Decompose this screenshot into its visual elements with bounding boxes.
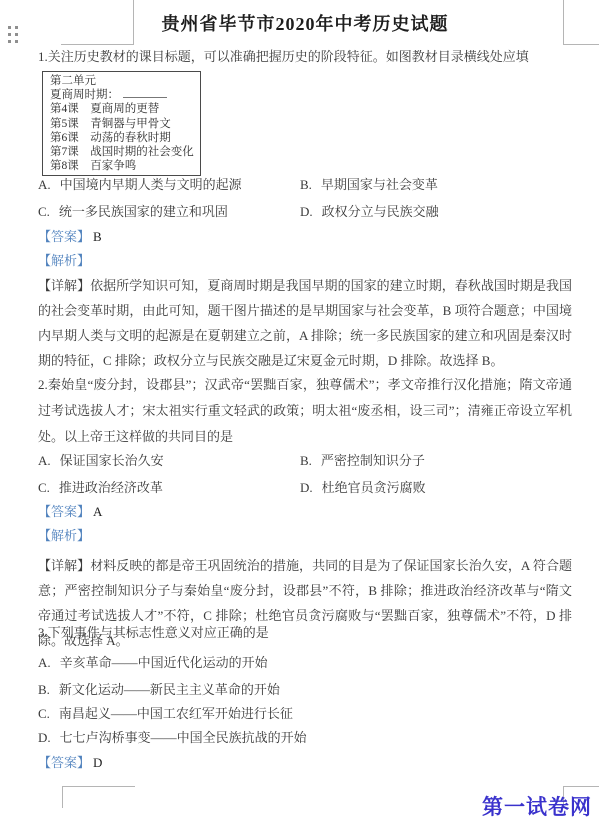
option-text: 推进政治经济改革	[59, 480, 163, 496]
option-b: B.严密控制知识分子	[300, 453, 562, 469]
answer-label: 【答案】	[38, 504, 90, 519]
textbook-toc-figure: 第二单元 夏商周时期： 第4课 夏商周的更替 第5课 青铜器与甲骨文 第6课 动…	[42, 71, 201, 176]
answer-label: 【答案】	[38, 755, 90, 770]
option-text: 保证国家长治久安	[60, 453, 164, 469]
option-text: 杜绝官员贪污腐败	[322, 480, 426, 496]
question-1-stem: 1.关注历史教材的课目标题，可以准确把握历史的阶段特征。如图教材目录横线处应填	[38, 44, 572, 70]
margin-crop-mark-bottom-left	[62, 786, 135, 808]
question-3-answer: 【答案】D	[38, 755, 572, 771]
question-3-option-d: D.七七卢沟桥事变——中国全民族抗战的开始	[38, 730, 572, 746]
option-label: B.	[300, 453, 312, 469]
question-3-stem: 3.下列事件与其标志性意义对应正确的是	[38, 625, 572, 641]
option-label: C.	[38, 204, 50, 220]
toc-period-line: 夏商周时期：	[50, 88, 196, 102]
fill-in-blank-line	[123, 88, 167, 98]
option-text: 南昌起义——中国工农红军开始进行长征	[59, 706, 293, 722]
option-text: 辛亥革命——中国近代化运动的开始	[60, 655, 268, 671]
question-2-options-row-1: A.保证国家长治久安 B.严密控制知识分子	[38, 453, 572, 469]
answer-value: A	[93, 504, 102, 519]
option-label: C.	[38, 480, 50, 496]
question-1-detail: 【详解】依据所学知识可知，夏商周时期是我国早期的国家的建立时期，春秋战国时期是我…	[38, 273, 572, 373]
answer-value: B	[93, 229, 102, 244]
option-text: 七七卢沟桥事变——中国全民族抗战的开始	[60, 730, 307, 746]
option-a: A.保证国家长治久安	[38, 453, 300, 469]
option-label: B.	[300, 177, 312, 193]
option-b: B.早期国家与社会变革	[300, 177, 562, 193]
analysis-label: 【解析】	[38, 253, 90, 268]
toc-lesson: 第5课 青铜器与甲骨文	[50, 117, 196, 131]
question-3-option-c: C.南昌起义——中国工农红军开始进行长征	[38, 706, 572, 722]
question-2-options-row-2: C.推进政治经济改革 D.杜绝官员贪污腐败	[38, 480, 572, 496]
analysis-label: 【解析】	[38, 528, 90, 543]
option-c: C.推进政治经济改革	[38, 480, 300, 496]
option-d: D.政权分立与民族交融	[300, 204, 562, 220]
site-watermark: 第一试卷网	[482, 791, 592, 821]
question-3-option-b: B.新文化运动——新民主主义革命的开始	[38, 682, 572, 698]
toc-lesson: 第4课 夏商周的更替	[50, 102, 196, 116]
question-1-options-row-2: C.统一多民族国家的建立和巩固 D.政权分立与民族交融	[38, 204, 572, 220]
option-label: A.	[38, 177, 51, 193]
answer-label: 【答案】	[38, 229, 90, 244]
question-1-options-row-1: A.中国境内早期人类与文明的起源 B.早期国家与社会变革	[38, 177, 572, 193]
toc-lesson: 第8课 百家争鸣	[50, 159, 196, 173]
question-1-analysis: 【解析】	[38, 253, 572, 269]
page-title: 贵州省毕节市2020年中考历史试题	[38, 12, 572, 36]
option-label: A.	[38, 453, 51, 469]
question-1-answer: 【答案】B	[38, 229, 572, 245]
option-c: C.统一多民族国家的建立和巩固	[38, 204, 300, 220]
question-2-analysis: 【解析】	[38, 528, 572, 544]
option-label: D.	[300, 480, 313, 496]
option-text: 新文化运动——新民主主义革命的开始	[59, 682, 280, 698]
option-text: 政权分立与民族交融	[322, 204, 439, 220]
toc-unit-title: 第二单元	[50, 74, 196, 88]
question-2-answer: 【答案】A	[38, 504, 572, 520]
toc-period-prefix: 夏商周时期：	[50, 89, 119, 101]
drag-handle-icon[interactable]	[8, 26, 11, 29]
option-d: D.杜绝官员贪污腐败	[300, 480, 562, 496]
option-text: 早期国家与社会变革	[321, 177, 438, 193]
option-text: 严密控制知识分子	[321, 453, 425, 469]
option-a: A.中国境内早期人类与文明的起源	[38, 177, 300, 193]
question-2-stem: 2.秦始皇“废分封，设郡县”；汉武帝“罢黜百家，独尊儒术”；孝文帝推行汉化措施；…	[38, 372, 572, 450]
toc-lesson: 第7课 战国时期的社会变化	[50, 145, 196, 159]
option-text: 中国境内早期人类与文明的起源	[60, 177, 242, 193]
option-text: 统一多民族国家的建立和巩固	[59, 204, 228, 220]
question-3-option-a: A.辛亥革命——中国近代化运动的开始	[38, 655, 572, 671]
option-label: A.	[38, 655, 51, 671]
option-label: B.	[38, 682, 50, 698]
option-label: D.	[300, 204, 313, 220]
option-label: D.	[38, 730, 51, 746]
option-label: C.	[38, 706, 50, 722]
toc-lesson: 第6课 动荡的春秋时期	[50, 131, 196, 145]
answer-value: D	[93, 755, 102, 770]
exam-paper-page: 贵州省毕节市2020年中考历史试题 1.关注历史教材的课目标题，可以准确把握历史…	[0, 0, 599, 829]
